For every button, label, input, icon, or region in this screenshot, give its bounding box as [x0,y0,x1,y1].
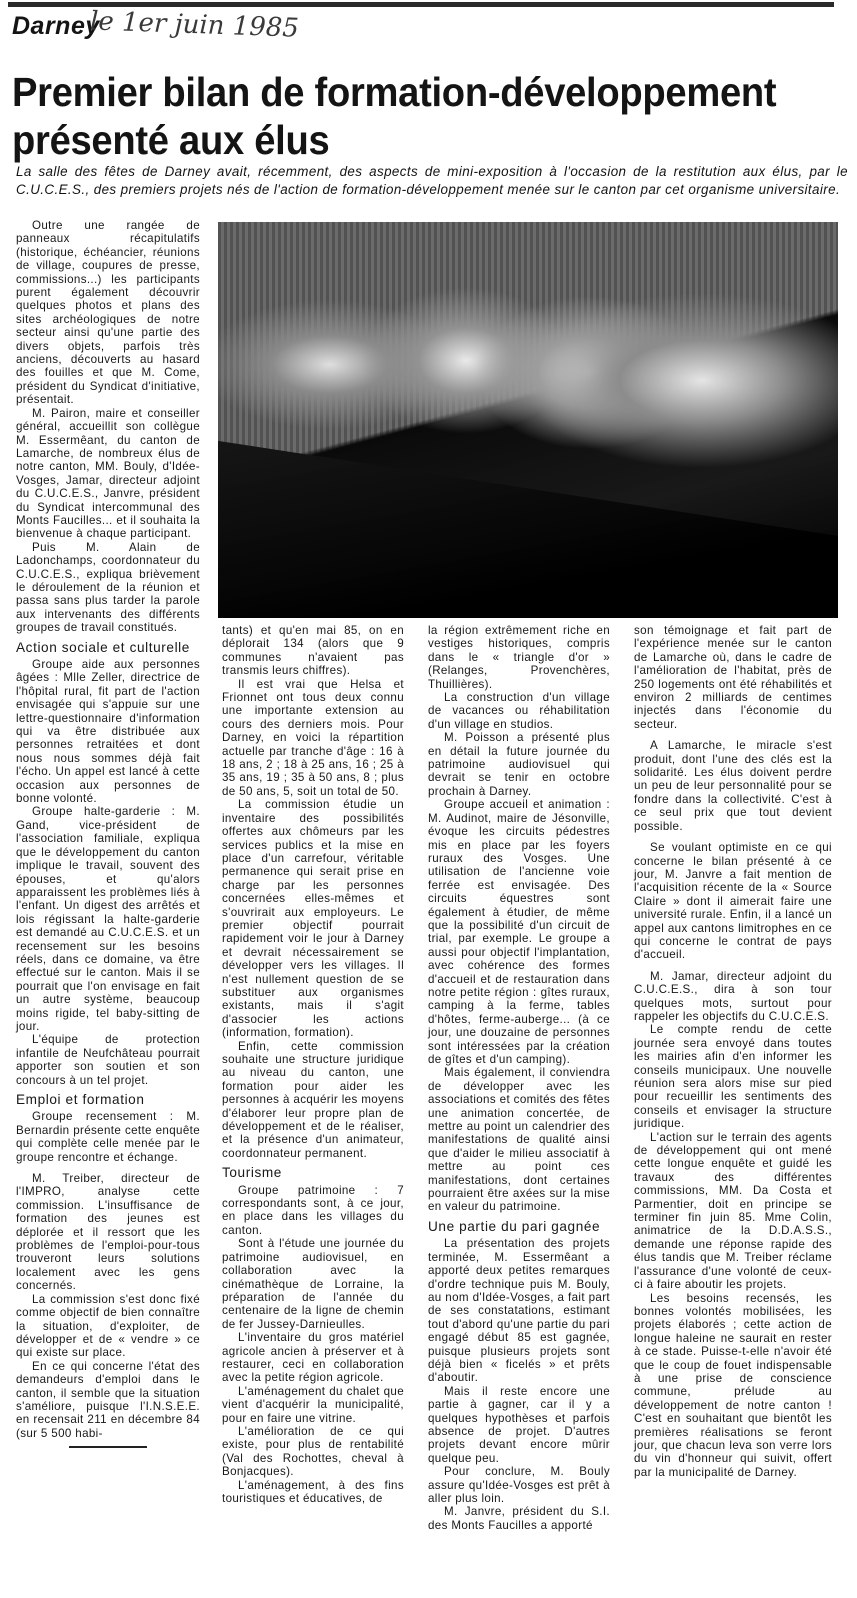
paragraph: Groupe halte-garderie : M. Gand, vice-pr… [16,805,200,1033]
paragraph: Se voulant optimiste en ce qui concerne … [634,841,832,962]
paragraph: Mais également, il conviendra de dévelop… [428,1066,610,1213]
section-kicker: Darney [12,12,100,41]
paragraph: Il est vrai que Helsa et Frionnet ont to… [222,678,404,799]
paragraph: En ce qui concerne l'état des demandeurs… [16,1360,200,1440]
column-1: Outre une rangée de panneaux récapitulat… [16,219,200,1448]
column-4: son témoignage et fait part de l'expérie… [634,624,832,1479]
subheading-emploi-formation: Emploi et formation [16,1093,200,1106]
paragraph: L'aménagement du chalet que vient d'acqu… [222,1385,404,1425]
paragraph: Groupe accueil et animation : M. Audinot… [428,798,610,1066]
paragraph: Le compte rendu de cette journée sera en… [634,1023,832,1130]
article-photo [218,222,838,618]
paragraph: Les besoins recensés, les bonnes volonté… [634,1292,832,1480]
paragraph: La commission étudie un inventaire des p… [222,798,404,1039]
paragraph: tants) et qu'en mai 85, on en déplorait … [222,624,404,678]
paragraph: M. Poisson a présenté plus en détail la … [428,731,610,798]
paragraph: Groupe aide aux personnes âgées : Mlle Z… [16,658,200,805]
paragraph: L'action sur le terrain des agents de dé… [634,1131,832,1292]
paragraph: Mais il reste encore une partie à gagner… [428,1385,610,1465]
paragraph: son témoignage et fait part de l'expérie… [634,624,832,731]
paragraph: M. Janvre, président du S.I. des Monts F… [428,1505,610,1532]
paragraph: Groupe patrimoine : 7 correspondants son… [222,1184,404,1238]
paragraph: M. Pairon, maire et conseiller général, … [16,407,200,541]
paragraph: M. Jamar, directeur adjoint du C.U.C.E.S… [634,970,832,1024]
paragraph: La construction d'un village de vacances… [428,691,610,731]
paragraph: Sont à l'étude une journée du patrimoine… [222,1237,404,1331]
paragraph: L'aménagement, à des fins touristiques e… [222,1479,404,1506]
lede-paragraph: La salle des fêtes de Darney avait, réce… [16,163,848,199]
paragraph: L'amélioration de ce qui existe, pour pl… [222,1425,404,1479]
column-end-rule [69,1446,147,1448]
paragraph: L'équipe de protection infantile de Neuf… [16,1033,200,1087]
paragraph: Outre une rangée de panneaux récapitulat… [16,219,200,407]
subheading-action-sociale: Action sociale et culturelle [16,641,200,654]
photo-table-shape [218,402,838,618]
paragraph: Puis M. Alain de Ladonchamps, coordonnat… [16,541,200,635]
paragraph: Groupe recensement : M. Bernardin présen… [16,1110,200,1164]
headline: Premier bilan de formation-développement… [12,68,784,164]
paragraph: La commission s'est donc fixé comme obje… [16,1293,200,1360]
paragraph: la région extrêmement riche en vestiges … [428,624,610,691]
paragraph: Pour conclure, M. Bouly assure qu'Idée-V… [428,1465,610,1505]
paragraph: L'inventaire du gros matériel agricole a… [222,1331,404,1385]
subheading-pari-gagne: Une partie du pari gagnée [428,1220,610,1233]
top-rule [8,2,834,7]
subheading-tourisme: Tourisme [222,1166,404,1179]
handwritten-date: le 1er juin 1985 [90,6,300,43]
paragraph: M. Treiber, directeur de l'IMPRO, analys… [16,1172,200,1293]
column-2: tants) et qu'en mai 85, on en déplorait … [222,624,404,1505]
paragraph: Enfin, cette commission souhaite une str… [222,1040,404,1161]
paragraph: La présentation des projets terminée, M.… [428,1237,610,1384]
column-3: la région extrêmement riche en vestiges … [428,624,610,1532]
paragraph: A Lamarche, le miracle s'est produit, do… [634,739,832,833]
